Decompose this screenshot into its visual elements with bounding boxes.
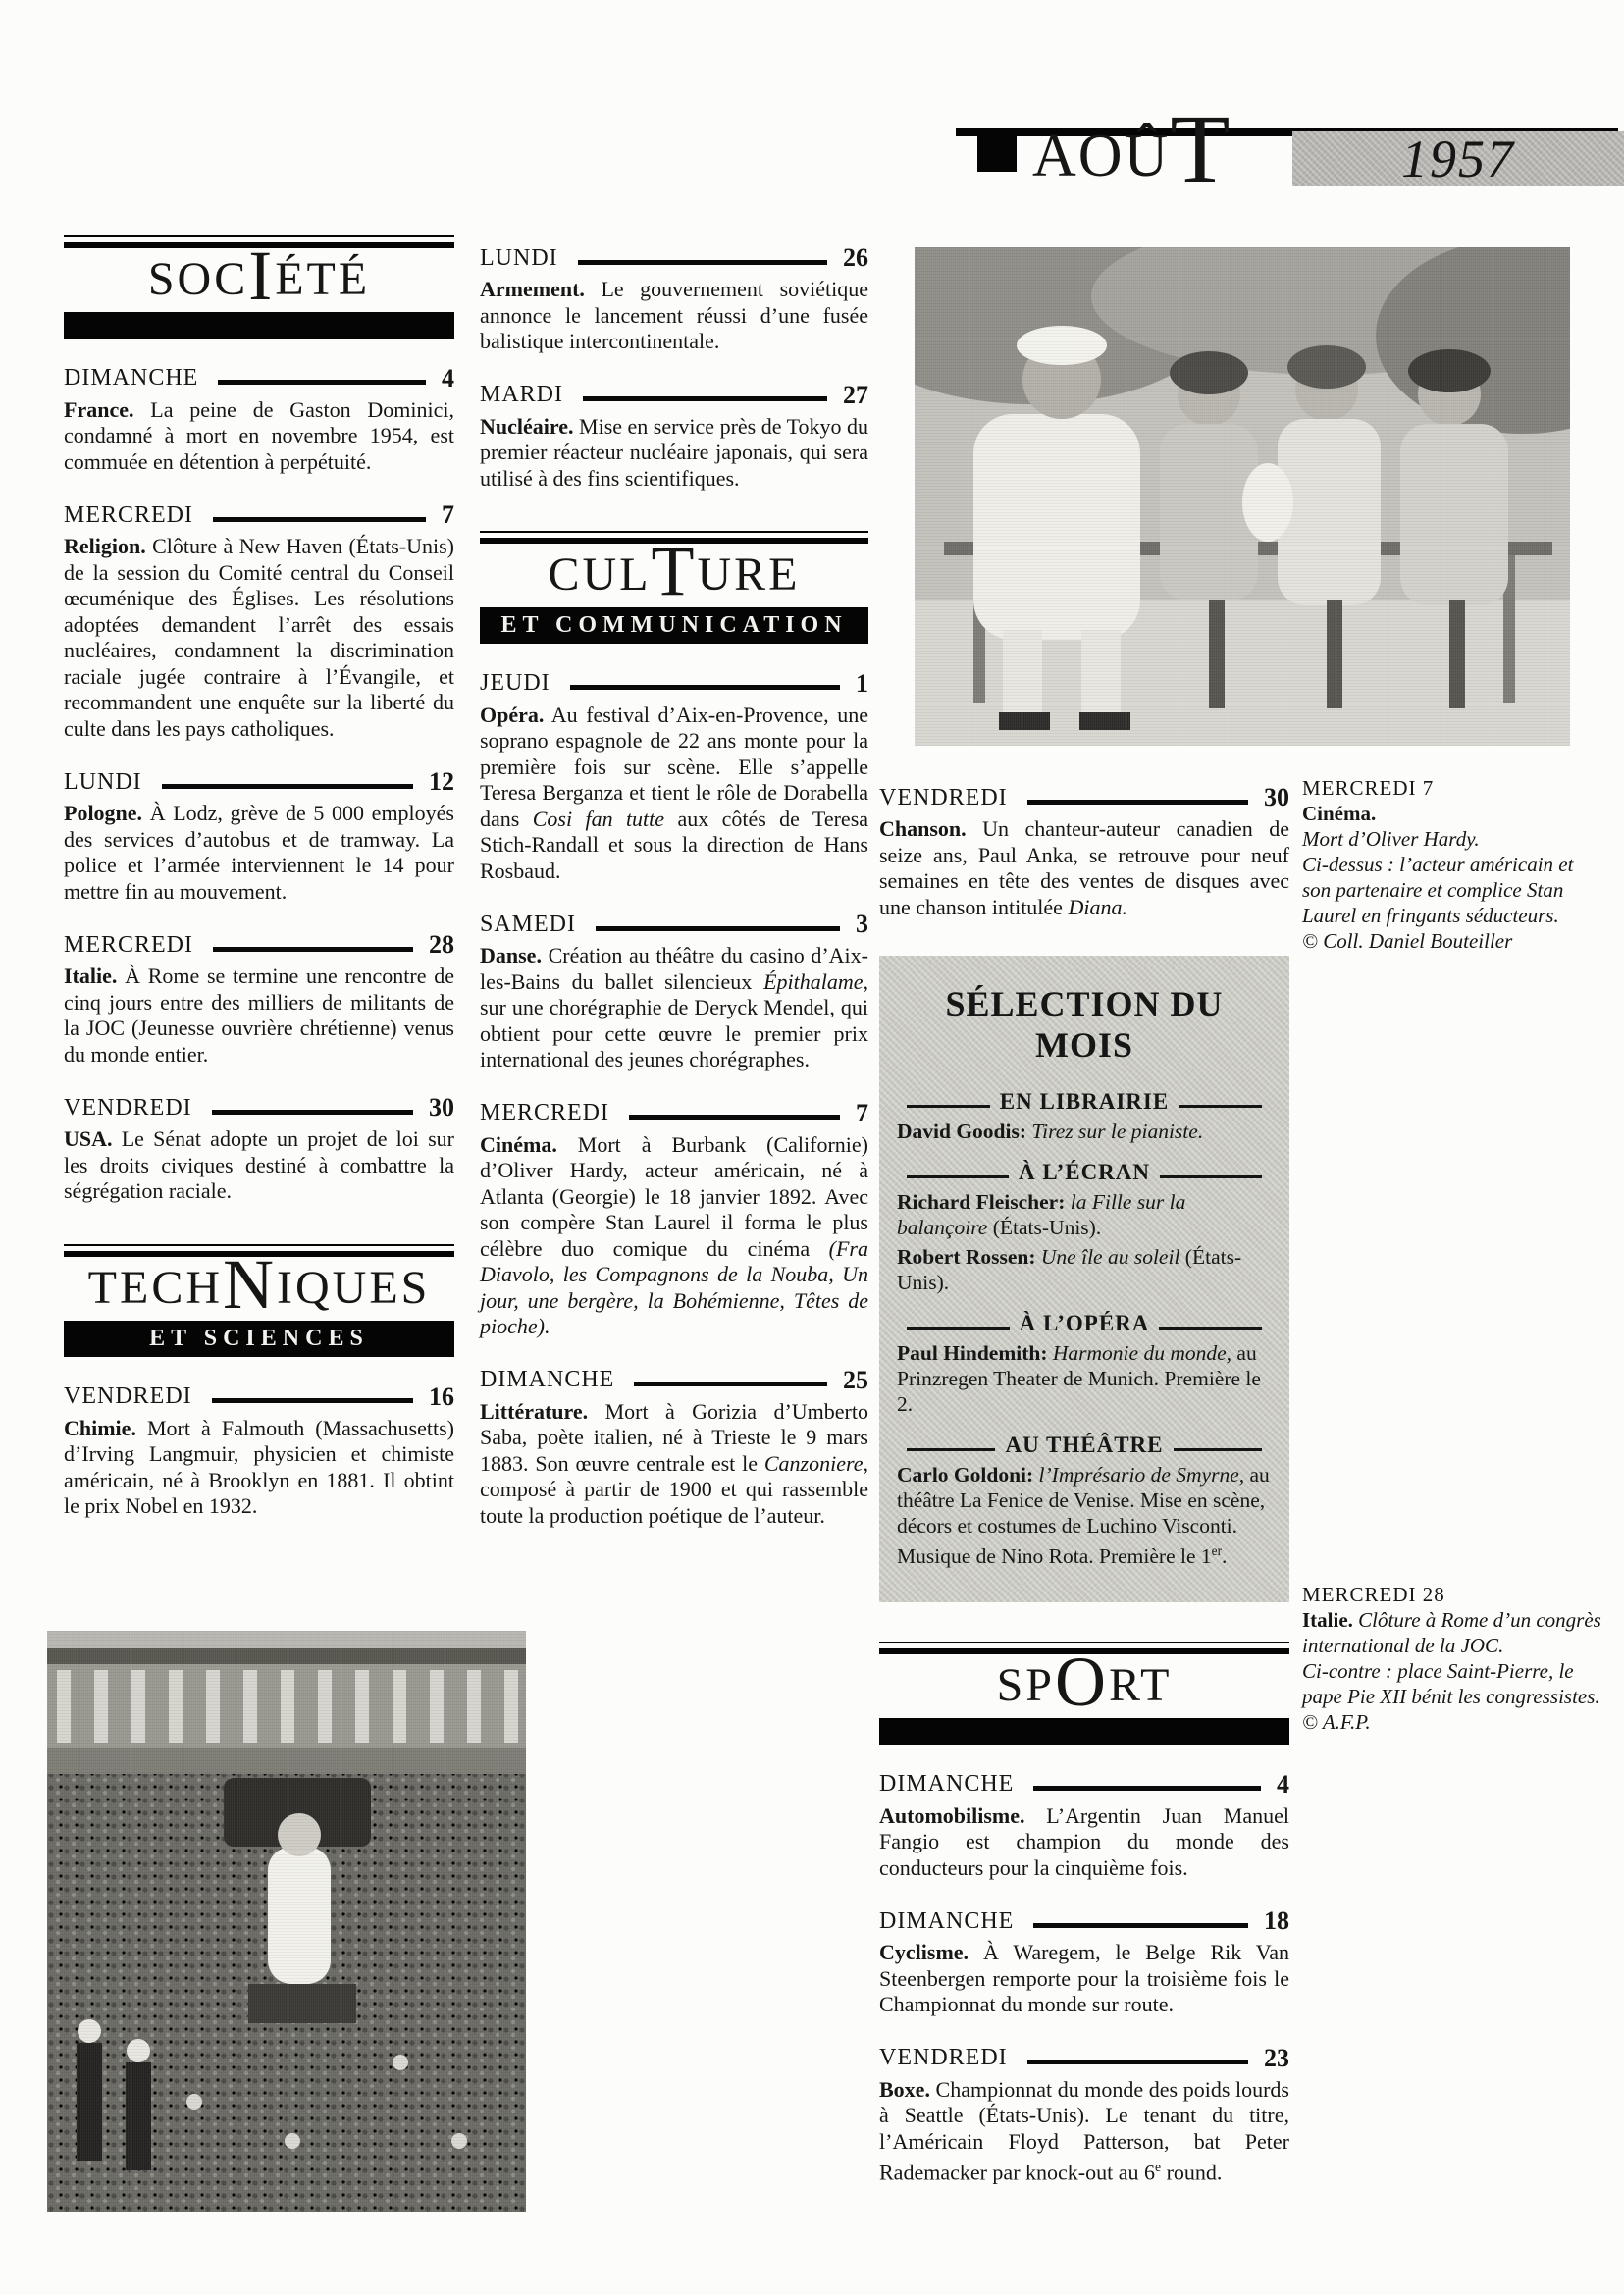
event-day: SAMEDI [480, 912, 576, 938]
text-segment: MERCREDI 7 [1302, 776, 1434, 800]
title-text: SP [997, 1659, 1055, 1711]
event-date-number: 7 [856, 1099, 868, 1128]
event-date-number: 26 [843, 243, 868, 273]
event-category: Italie. [64, 964, 117, 988]
event-day: DIMANCHE [879, 1908, 1014, 1935]
title-text: IQUES [277, 1262, 430, 1314]
text-segment: Clôture à New Haven (États-Unis) de la s… [64, 534, 454, 741]
event-date-number: 16 [429, 1382, 454, 1412]
caption-line: MERCREDI 7 [1302, 775, 1598, 801]
event-entry: JEUDI1Opéra. Au festival d’Aix-en-Proven… [480, 669, 868, 885]
event-body: Littérature. Mort à Gorizia d’Umberto Sa… [480, 1399, 868, 1530]
selection-subheading: À L’ÉCRAN [897, 1160, 1272, 1185]
text-segment: Une île au soleil [1036, 1245, 1180, 1269]
event-entry: MERCREDI28Italie. À Rome se termine une … [64, 930, 454, 1068]
day-rule [213, 947, 413, 952]
event-day-row: VENDREDI23 [879, 2044, 1289, 2073]
year-box: 1957 [1292, 131, 1624, 186]
chanson-entries: VENDREDI30Chanson. Un chanteur-auteur ca… [879, 783, 1289, 920]
event-day-row: SAMEDI3 [480, 910, 868, 939]
event-entry: MERCREDI7Cinéma. Mort à Burbank (Califor… [480, 1099, 868, 1340]
text-segment: Épithalame, [763, 969, 868, 994]
text-segment: Ci-dessus : l’acteur américain et son pa… [1302, 853, 1573, 927]
event-body: Nucléaire. Mise en service près de Tokyo… [480, 414, 868, 493]
section-title: SPORT [879, 1660, 1289, 1712]
event-date-number: 27 [843, 381, 868, 410]
event-date-number: 18 [1264, 1906, 1289, 1936]
month-masthead: AOÛT [977, 122, 1231, 191]
selection-author: Robert Rossen: [897, 1245, 1036, 1269]
event-category: Chanson. [879, 816, 967, 841]
event-day-row: MARDI27 [480, 381, 868, 410]
double-rule [879, 1642, 1289, 1656]
page-header: AOÛT 1957 [938, 102, 1624, 192]
day-rule [578, 260, 827, 265]
day-rule [213, 517, 426, 522]
selection-item: Robert Rossen: Une île au soleil (États-… [897, 1244, 1272, 1295]
month-square-icon [977, 132, 1017, 172]
selection-author: Paul Hindemith: [897, 1341, 1048, 1365]
selection-title: SÉLECTION DU MOIS [897, 983, 1272, 1066]
text-segment: round. [1161, 2161, 1222, 2185]
techniques-entries: VENDREDI16Chimie. Mort à Falmouth (Massa… [64, 1382, 454, 1520]
event-category: Cinéma. [480, 1132, 557, 1157]
event-day-row: LUNDI26 [480, 243, 868, 273]
event-day: MERCREDI [64, 502, 193, 529]
selection-item: Carlo Goldoni: l’Imprésario de Smyrne, a… [897, 1462, 1272, 1569]
event-body: Chimie. Mort à Falmouth (Massachusetts) … [64, 1416, 454, 1520]
section-bar: ET COMMUNICATION [480, 607, 868, 644]
event-day-row: DIMANCHE4 [64, 364, 454, 393]
text-segment: Ci-contre : place Saint-Pierre, le pape … [1302, 1659, 1600, 1708]
event-body: Armement. Le gouvernement soviétique ann… [480, 277, 868, 355]
text-segment: . [1222, 1544, 1227, 1568]
day-rule [583, 396, 827, 401]
event-entry: DIMANCHE4Automobilisme. L’Argentin Juan … [879, 1770, 1289, 1882]
subheading-rule [1174, 1448, 1262, 1451]
selection-author: Richard Fleischer: [897, 1190, 1065, 1214]
column-culture: LUNDI26Armement. Le gouvernement soviéti… [480, 218, 868, 1529]
magazine-page: AOÛT 1957 [0, 0, 1624, 2295]
event-body: Opéra. Au festival d’Aix-en-Provence, un… [480, 703, 868, 885]
place-saint-pierre-photo [47, 1631, 526, 2212]
event-entry: DIMANCHE4France. La peine de Gaston Domi… [64, 364, 454, 476]
day-rule [570, 685, 840, 690]
selection-author: David Goodis: [897, 1120, 1026, 1143]
section-heading-sport: SPORT [879, 1642, 1289, 1745]
text-segment: Cosi fan tutte [533, 807, 664, 831]
event-entry: MERCREDI7Religion. Clôture à New Haven (… [64, 500, 454, 742]
selection-item: Paul Hindemith: Harmonie du monde, au Pr… [897, 1340, 1272, 1417]
event-day: MERCREDI [64, 932, 193, 959]
event-category: Danse. [480, 943, 542, 967]
subheading-label: EN LIBRAIRIE [1000, 1089, 1169, 1115]
event-body: Automobilisme. L’Argentin Juan Manuel Fa… [879, 1803, 1289, 1882]
event-day: DIMANCHE [879, 1771, 1014, 1798]
event-day-row: DIMANCHE18 [879, 1906, 1289, 1936]
sport-entries: DIMANCHE4Automobilisme. L’Argentin Juan … [879, 1770, 1289, 2186]
event-category: Boxe. [879, 2077, 930, 2102]
selection-item: David Goodis: Tirez sur le pianiste. [897, 1119, 1272, 1144]
event-entry: VENDREDI30USA. Le Sénat adopte un projet… [64, 1093, 454, 1205]
event-date-number: 4 [1277, 1770, 1289, 1799]
event-entry: DIMANCHE18Cyclisme. À Waregem, le Belge … [879, 1906, 1289, 2018]
event-category: Nucléaire. [480, 414, 574, 439]
event-day: JEUDI [480, 670, 550, 697]
event-body: Cinéma. Mort à Burbank (Californie) d’Ol… [480, 1132, 868, 1340]
double-rule [480, 531, 868, 546]
day-rule [162, 784, 413, 789]
event-category: Automobilisme. [879, 1803, 1025, 1828]
caption-line: © Coll. Daniel Bouteiller [1302, 928, 1598, 954]
subheading-rule [907, 1327, 1010, 1330]
text-segment: Cinéma. [1302, 802, 1376, 825]
text-segment: sur une chorégraphie de Deryck Mendel, q… [480, 995, 868, 1071]
event-day-row: DIMANCHE25 [480, 1366, 868, 1395]
title-text: SOC [148, 253, 248, 305]
event-body: Boxe. Championnat du monde des poids lou… [879, 2077, 1289, 2186]
event-day: DIMANCHE [480, 1367, 614, 1393]
text-segment: MERCREDI 28 [1302, 1583, 1445, 1606]
section-title: TECHNIQUES [64, 1263, 454, 1315]
day-rule [1027, 800, 1248, 805]
event-body: France. La peine de Gaston Dominici, con… [64, 397, 454, 476]
month-title: AOÛT [1032, 123, 1231, 189]
text-segment: Le Sénat adopte un projet de loi sur les… [64, 1126, 454, 1203]
event-category: Chimie. [64, 1416, 136, 1440]
caption-line: MERCREDI 28 [1302, 1582, 1608, 1607]
event-entry: VENDREDI16Chimie. Mort à Falmouth (Massa… [64, 1382, 454, 1520]
selection-subheading: EN LIBRAIRIE [897, 1089, 1272, 1115]
text-segment: (États-Unis). [987, 1216, 1101, 1239]
title-text: CUL [549, 548, 652, 600]
event-day-row: VENDREDI16 [64, 1382, 454, 1412]
event-day-row: MERCREDI28 [64, 930, 454, 960]
event-entry: MARDI27Nucléaire. Mise en service près d… [480, 381, 868, 493]
text-segment: Diana. [1068, 895, 1127, 919]
event-day: LUNDI [64, 769, 142, 796]
subheading-rule [907, 1175, 1009, 1178]
year-label: 1957 [1401, 129, 1515, 189]
day-rule [1033, 1923, 1248, 1928]
section-bar [64, 312, 454, 339]
double-rule [64, 1244, 454, 1259]
photo-illustration [47, 1631, 526, 2212]
day-rule [218, 380, 426, 385]
event-day-row: MERCREDI7 [480, 1099, 868, 1128]
event-day-row: LUNDI12 [64, 767, 454, 797]
selection-subheading: AU THÉÂTRE [897, 1433, 1272, 1458]
text-segment: Italie. [1302, 1608, 1358, 1632]
section-subtitle: ET SCIENCES [149, 1326, 369, 1351]
day-rule [634, 1382, 827, 1386]
selection-groups: EN LIBRAIRIEDavid Goodis: Tirez sur le p… [897, 1089, 1272, 1569]
event-day-row: JEUDI1 [480, 669, 868, 699]
double-rule [64, 235, 454, 250]
selection-du-mois-box: SÉLECTION DU MOIS EN LIBRAIRIEDavid Good… [879, 956, 1289, 1602]
section-title: SOCIÉTÉ [64, 254, 454, 306]
text-segment: Harmonie du monde, [1048, 1341, 1232, 1365]
caption-line: Italie. Clôture à Rome d’un congrès inte… [1302, 1607, 1608, 1658]
month-text: AOÛ [1032, 123, 1170, 189]
title-text: ÉTÉ [275, 253, 370, 305]
text-segment: © A.F.P. [1302, 1710, 1371, 1734]
title-text: TECH [88, 1262, 223, 1314]
caption-line: Ci-contre : place Saint-Pierre, le pape … [1302, 1658, 1608, 1709]
text-segment: © Coll. Daniel Bouteiller [1302, 929, 1512, 953]
event-day: VENDREDI [64, 1383, 192, 1410]
caption-line: Mort d’Oliver Hardy. [1302, 826, 1598, 852]
subheading-rule [907, 1448, 995, 1451]
subheading-rule [1160, 1175, 1262, 1178]
event-category: France. [64, 397, 133, 422]
event-category: Armement. [480, 277, 585, 301]
event-category: Religion. [64, 534, 146, 558]
event-day-row: VENDREDI30 [64, 1093, 454, 1122]
event-day: DIMANCHE [64, 365, 198, 391]
event-day: MARDI [480, 382, 563, 408]
section-bar [879, 1718, 1289, 1745]
event-date-number: 3 [856, 910, 868, 939]
text-segment: Canzoniere, [764, 1451, 868, 1476]
event-day-row: DIMANCHE4 [879, 1770, 1289, 1799]
subheading-rule [1179, 1105, 1262, 1108]
column-right: VENDREDI30Chanson. Un chanteur-auteur ca… [879, 757, 1289, 2186]
event-entry: LUNDI12Pologne. À Lodz, grève de 5 000 e… [64, 767, 454, 905]
photo-illustration [915, 247, 1570, 746]
event-entry: VENDREDI23Boxe. Championnat du monde des… [879, 2044, 1289, 2186]
day-rule [629, 1115, 840, 1120]
event-body: Italie. À Rome se termine une rencontre … [64, 964, 454, 1068]
event-category: USA. [64, 1126, 113, 1151]
section-heading-societe: SOCIÉTÉ [64, 235, 454, 339]
photo-caption-hardy: MERCREDI 7Cinéma.Mort d’Oliver Hardy.Ci-… [1302, 775, 1598, 954]
text-segment: À Rome se termine une rencontre de cinq … [64, 964, 454, 1067]
event-category: Pologne. [64, 801, 142, 825]
event-category: Littérature. [480, 1399, 588, 1424]
event-day: VENDREDI [879, 785, 1008, 811]
event-day-row: MERCREDI7 [64, 500, 454, 530]
event-body: Religion. Clôture à New Haven (États-Uni… [64, 534, 454, 742]
text-segment: Mort d’Oliver Hardy. [1302, 827, 1480, 851]
event-day: VENDREDI [879, 2045, 1008, 2071]
title-text: URE [697, 548, 800, 600]
caption-line: © A.F.P. [1302, 1709, 1608, 1735]
text-segment: Tirez sur le pianiste. [1026, 1120, 1203, 1143]
day-rule [1033, 1786, 1261, 1791]
event-date-number: 30 [1264, 783, 1289, 812]
section-bar: ET SCIENCES [64, 1321, 454, 1357]
event-date-number: 30 [429, 1093, 454, 1122]
selection-subheading: À L’OPÉRA [897, 1311, 1272, 1336]
photo-caption-pope: MERCREDI 28Italie. Clôture à Rome d’un c… [1302, 1582, 1608, 1735]
event-date-number: 1 [856, 669, 868, 699]
day-rule [212, 1110, 413, 1115]
day-rule [212, 1398, 413, 1403]
text-segment: composé à partir de 1900 et qui rassembl… [480, 1477, 868, 1528]
hardy-laurel-bench-photo [915, 247, 1570, 746]
event-entry: DIMANCHE25Littérature. Mort à Gorizia d’… [480, 1366, 868, 1530]
subheading-rule [1159, 1327, 1262, 1330]
event-category: Cyclisme. [879, 1940, 969, 1964]
event-body: Chanson. Un chanteur-auteur canadien de … [879, 816, 1289, 920]
event-entry: SAMEDI3Danse. Création au théâtre du cas… [480, 910, 868, 1073]
caption-line: Cinéma. [1302, 801, 1598, 826]
subheading-label: AU THÉÂTRE [1005, 1433, 1163, 1458]
selection-item: Richard Fleischer: la Fille sur la balan… [897, 1189, 1272, 1240]
section-subtitle: ET COMMUNICATION [500, 612, 847, 638]
event-day-row: VENDREDI30 [879, 783, 1289, 812]
event-body: Danse. Création au théâtre du casino d’A… [480, 943, 868, 1073]
text-segment: Championnat du monde des poids lourds à … [879, 2077, 1289, 2185]
event-day: MERCREDI [480, 1100, 609, 1126]
text-segment: er [1212, 1543, 1222, 1558]
column-societe: SOCIÉTÉ DIMANCHE4France. La peine de Gas… [64, 235, 454, 1520]
event-entry: VENDREDI30Chanson. Un chanteur-auteur ca… [879, 783, 1289, 920]
event-body: Cyclisme. À Waregem, le Belge Rik Van St… [879, 1940, 1289, 2018]
event-day: VENDREDI [64, 1095, 192, 1121]
event-category: Opéra. [480, 703, 544, 727]
event-date-number: 12 [429, 767, 454, 797]
event-entry: LUNDI26Armement. Le gouvernement soviéti… [480, 243, 868, 355]
caption-line: Ci-dessus : l’acteur américain et son pa… [1302, 852, 1598, 928]
event-date-number: 7 [442, 500, 454, 530]
event-body: Pologne. À Lodz, grève de 5 000 employés… [64, 801, 454, 905]
section-title: CULTURE [480, 549, 868, 601]
culture-entries: JEUDI1Opéra. Au festival d’Aix-en-Proven… [480, 669, 868, 1530]
month-big-letter: T [1170, 94, 1231, 203]
subheading-label: À L’OPÉRA [1020, 1311, 1150, 1336]
event-date-number: 23 [1264, 2044, 1289, 2073]
event-day: LUNDI [480, 245, 558, 272]
title-text: RT [1109, 1659, 1172, 1711]
selection-author: Carlo Goldoni: [897, 1463, 1033, 1487]
event-body: USA. Le Sénat adopte un projet de loi su… [64, 1126, 454, 1205]
event-date-number: 28 [429, 930, 454, 960]
event-date-number: 4 [442, 364, 454, 393]
event-date-number: 25 [843, 1366, 868, 1395]
day-rule [1027, 2060, 1248, 2064]
subheading-rule [907, 1105, 990, 1108]
section-heading-culture: CULTURE ET COMMUNICATION [480, 531, 868, 644]
day-rule [596, 926, 840, 931]
text-segment: l’Imprésario de Smyrne, [1033, 1463, 1244, 1487]
societe-entries: DIMANCHE4France. La peine de Gaston Domi… [64, 364, 454, 1205]
section-heading-techniques: TECHNIQUES ET SCIENCES [64, 1244, 454, 1357]
world-entries: LUNDI26Armement. Le gouvernement soviéti… [480, 243, 868, 492]
subheading-label: À L’ÉCRAN [1019, 1160, 1150, 1185]
